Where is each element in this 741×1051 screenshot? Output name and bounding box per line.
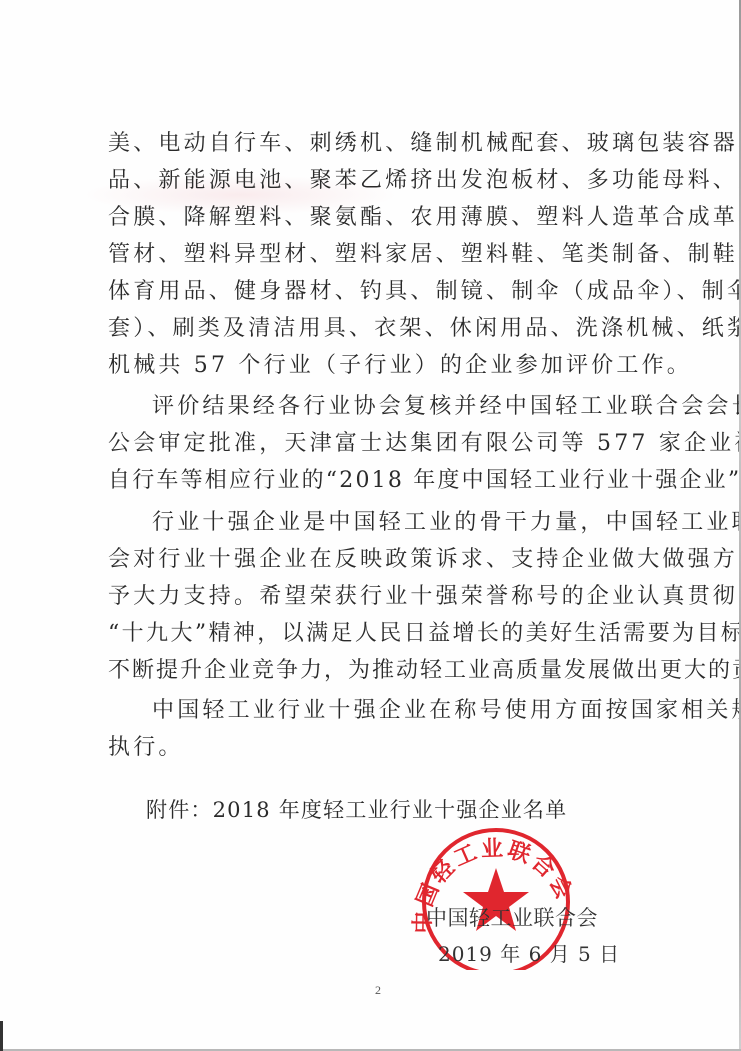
paragraph-3-line-2: 会对行业十强企业在反映政策诉求、支持企业做大做强方面给	[108, 547, 660, 573]
paragraph-1-line-3: 合膜、降解塑料、聚氨酯、农用薄膜、塑料人造革合成革、塑料	[108, 205, 660, 231]
scan-edge-corner	[0, 1021, 3, 1051]
paragraph-2-line-1: 评价结果经各行业协会复核并经中国轻工业联合会会长办	[152, 394, 704, 420]
signature-date: 2019 年 6 月 5 日	[438, 938, 620, 967]
paragraph-1-line-4: 管材、塑料异型材、塑料家居、塑料鞋、笔类制备、制鞋、蜜饯、	[108, 242, 660, 268]
paragraph-1-line-7: 机械共 57 个行业（子行业）的企业参加评价工作。	[108, 353, 660, 379]
paragraph-4-line-1: 中国轻工业行业十强企业在称号使用方面按国家相关规定	[152, 698, 704, 724]
paragraph-1-line-5: 体育用品、健身器材、钓具、制镜、制伞（成品伞）、制伞（配	[108, 279, 660, 305]
signature-organization: 中国轻工业联合会	[426, 902, 598, 932]
page-number: 2	[375, 983, 381, 998]
paragraph-4-line-2: 执行。	[108, 735, 660, 761]
paragraph-1-line-1: 美、电动自行车、刺绣机、缝制机械配套、玻璃包装容器、化妆	[108, 131, 660, 157]
paragraph-1-line-6: 套）、刷类及清洁用具、衣架、休闲用品、洗涤机械、纸浆造纸	[108, 316, 660, 342]
document-page: 美、电动自行车、刺绣机、缝制机械配套、玻璃包装容器、化妆 品、新能源电池、聚苯乙…	[0, 0, 741, 1051]
paragraph-3-line-3: 予大力支持。希望荣获行业十强荣誉称号的企业认真贯彻党的	[108, 584, 660, 610]
paragraph-2-line-3: 自行车等相应行业的“2018 年度中国轻工业行业十强企业”。	[108, 468, 660, 494]
paragraph-3-line-1: 行业十强企业是中国轻工业的骨干力量，中国轻工业联合	[152, 510, 704, 536]
paragraph-1-line-2: 品、新能源电池、聚苯乙烯挤出发泡板材、多功能母料、塑料复	[108, 168, 660, 194]
paragraph-3-line-5: 不断提升企业竞争力，为推动轻工业高质量发展做出更大的贡献。	[108, 658, 660, 684]
paragraph-3-line-4: “十九大”精神，以满足人民日益增长的美好生活需要为目标，	[108, 621, 660, 647]
paragraph-2-line-2: 公会审定批准，天津富士达集团有限公司等 577 家企业被授予	[108, 431, 660, 457]
